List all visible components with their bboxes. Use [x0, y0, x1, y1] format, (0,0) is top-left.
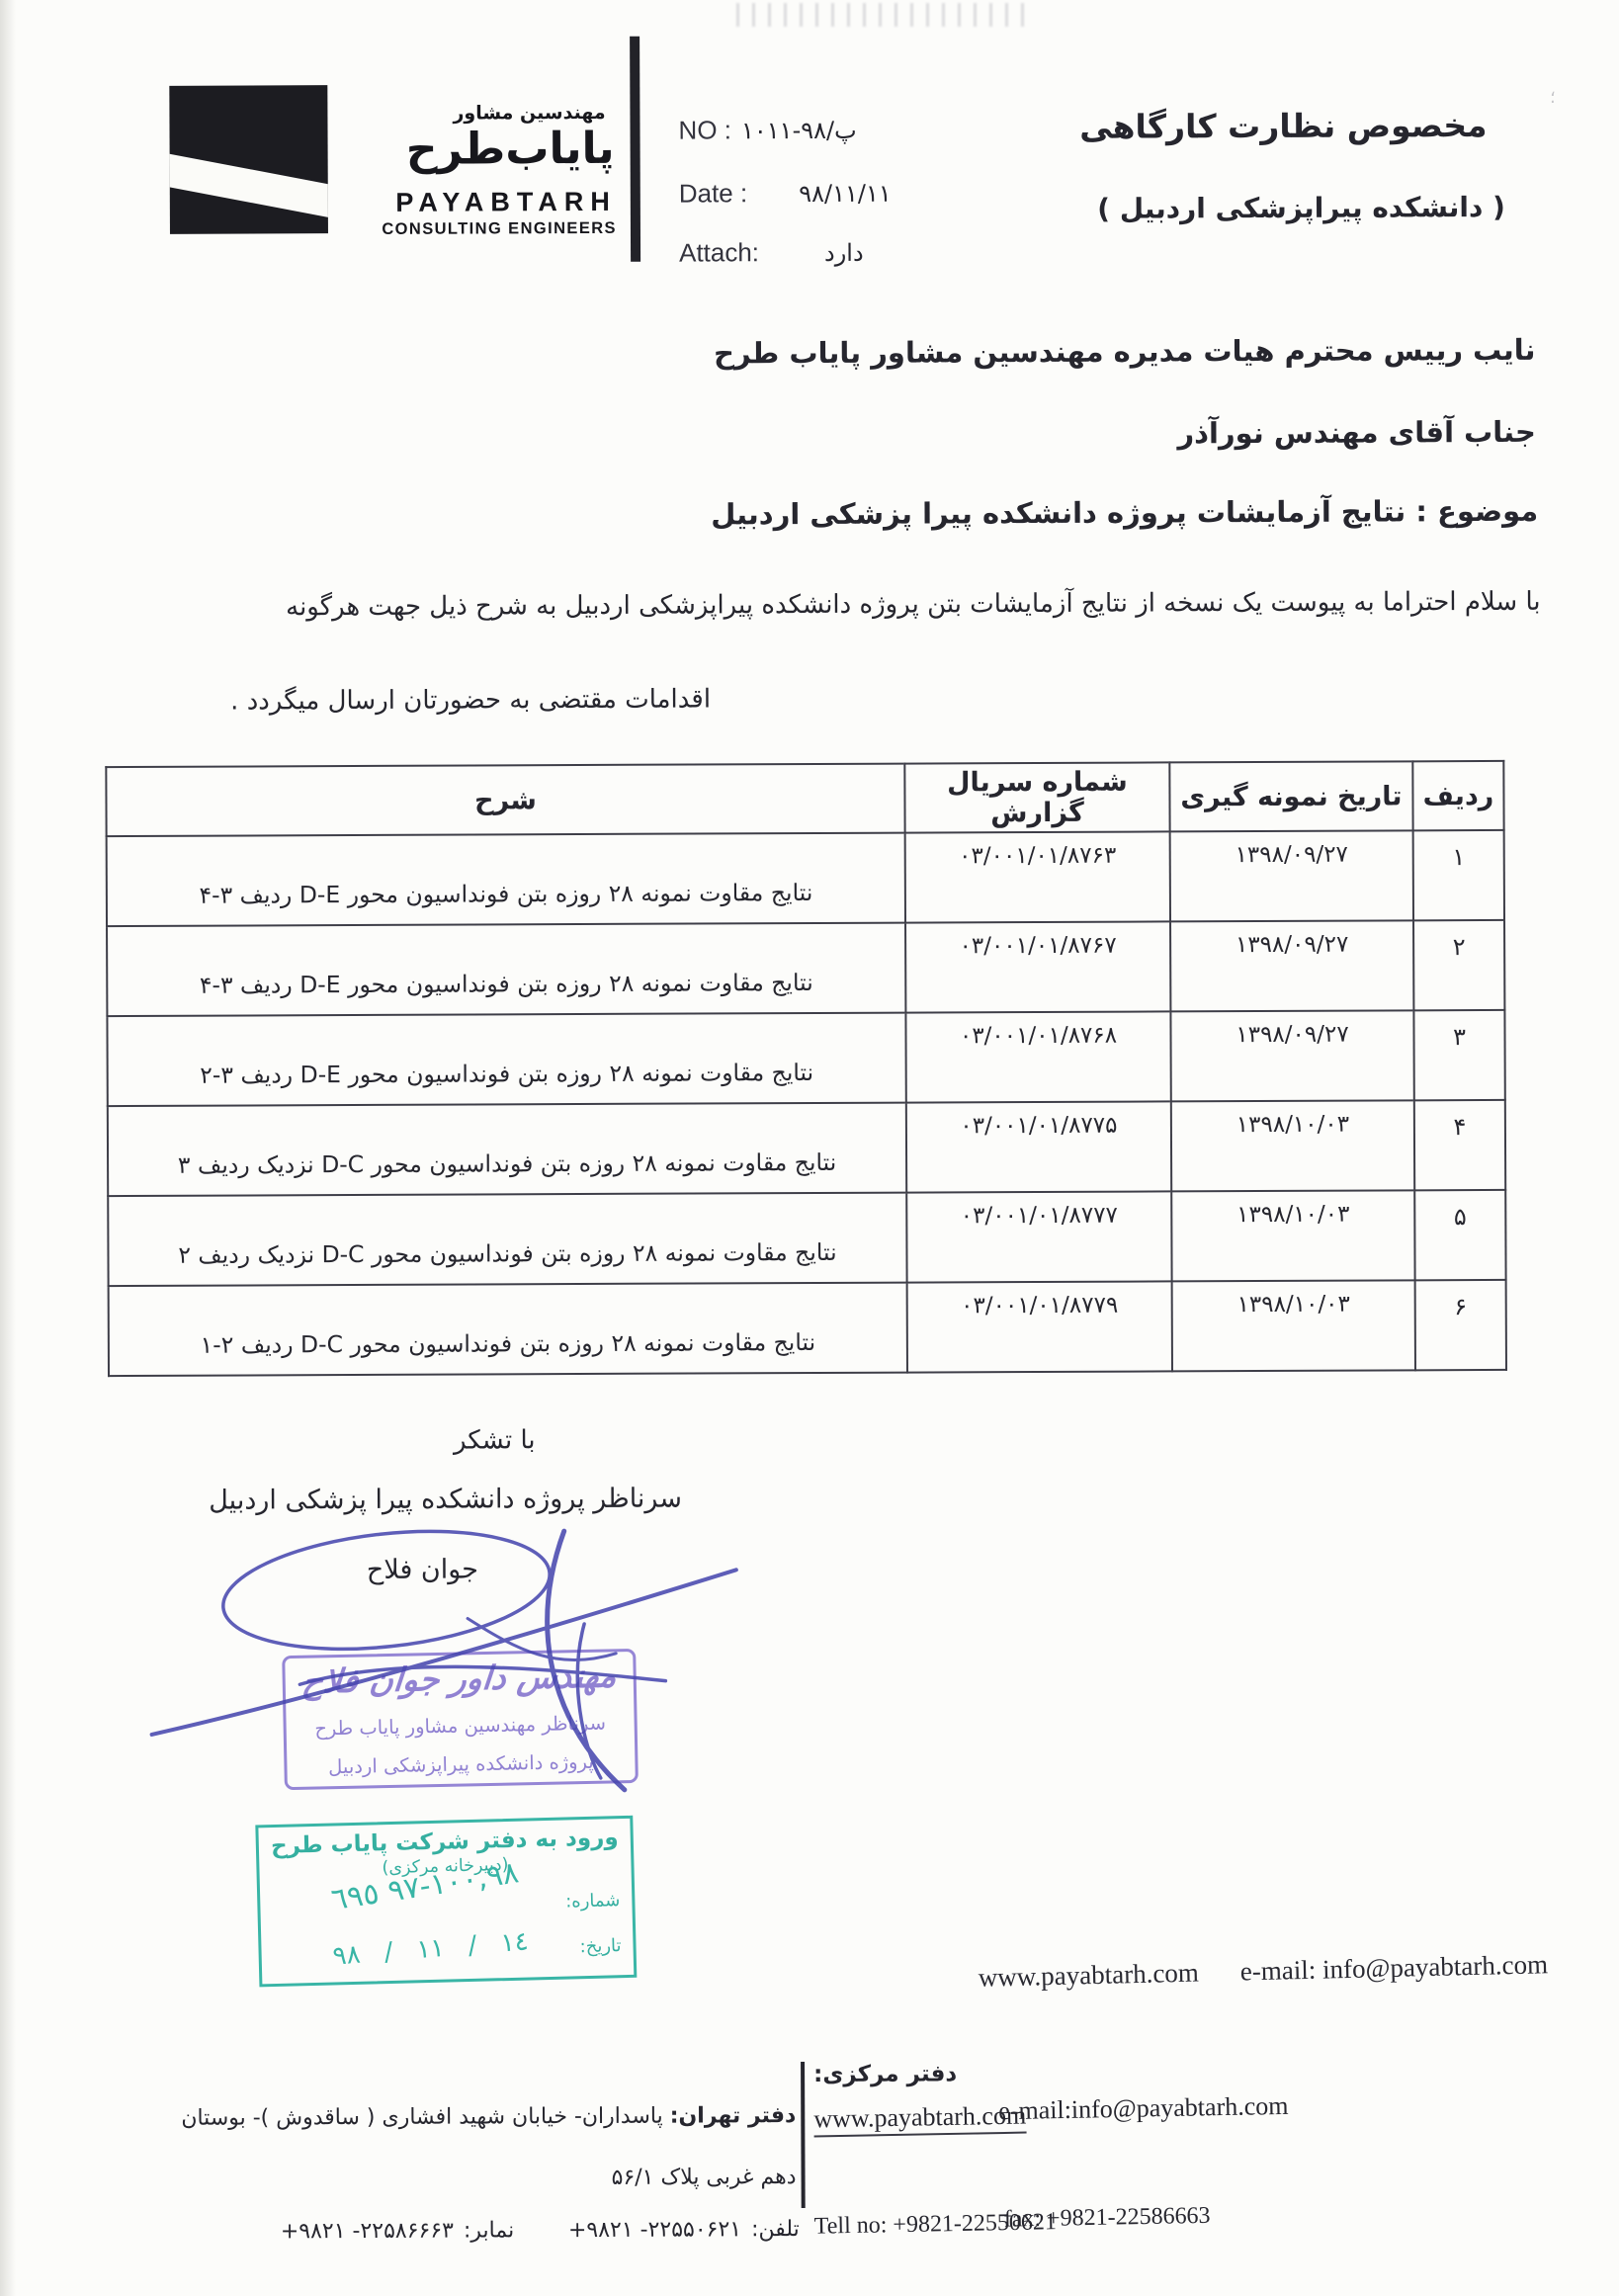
cell-sample-date: ۱۳۹۸/۱۰/۰۳ — [1172, 1280, 1415, 1371]
no-label: NO : — [678, 115, 731, 145]
cell-description: نتایج مقاوت نمونه ۲۸ روزه بتن فونداسیون … — [107, 833, 905, 927]
footer-fax-en: fax: +9821-22586663 — [1004, 2203, 1211, 2234]
table-row: ۴ ۱۳۹۸/۱۰/۰۳ ۰۳/۰۰۱/۰۱/۸۷۷۵ نتایج مقاوت … — [108, 1100, 1505, 1196]
subject-line: موضوع : نتایج آزمایشات پروژه دانشکده پیر… — [711, 494, 1538, 532]
letter-number-row: NO : پ/۹۸-۱۰۱۱ — [678, 115, 856, 146]
website-text: www.payabtarh.com — [978, 1958, 1199, 1994]
tehran-office-label: دفتر تهران: — [670, 2103, 797, 2129]
cell-description: نتایج مقاوت نمونه ۲۸ روزه بتن فونداسیون … — [108, 1193, 906, 1287]
table-row: ۱ ۱۳۹۸/۰۹/۲۷ ۰۳/۰۰۱/۰۱/۸۷۶۳ نتایج مقاوت … — [107, 830, 1504, 926]
table-header-row: ردیف تاریخ نمونه گیری شماره سریال گزارش … — [106, 761, 1503, 836]
logo-en-subtitle: CONSULTING ENGINEERS — [345, 219, 617, 239]
cell-description: نتایج مقاوت نمونه ۲۸ روزه بتن فونداسیون … — [107, 923, 905, 1017]
body-line-1: با سلام احتراما به پیوست یک نسخه از نتای… — [286, 587, 1541, 623]
closing-supervisor-title: سرناظر پروژه دانشکده پیرا پزشکی اردبیل — [168, 1483, 722, 1515]
footer-central-office-label: دفتر مرکزی: — [813, 2061, 957, 2087]
footer-divider-bar — [801, 2062, 806, 2208]
cell-sample-date: ۱۳۹۸/۰۹/۲۷ — [1170, 1010, 1413, 1101]
table-row: ۲ ۱۳۹۸/۰۹/۲۷ ۰۳/۰۰۱/۰۱/۸۷۶۷ نتایج مقاوت … — [107, 920, 1504, 1016]
cell-row-number: ۵ — [1414, 1190, 1505, 1280]
col-header-report-serial: شماره سریال گزارش — [904, 762, 1169, 832]
cell-sample-date: ۱۳۹۸/۰۹/۲۷ — [1170, 920, 1413, 1011]
col-header-description: شرح — [106, 764, 904, 837]
logo-fa-tagline: مهندسین مشاور — [453, 102, 614, 125]
fax-value: +۹۸۲۱ -۲۲۵۸۶۶۶۳ — [281, 2219, 454, 2245]
cell-report-serial: ۰۳/۰۰۱/۰۱/۸۷۷۷ — [906, 1191, 1171, 1282]
addressee-line-2: جناب آقای مهندس نورآذر — [1177, 415, 1536, 451]
addressee-line-1: نایب رییس محترم هیات مدیره مهندسین مشاور… — [714, 333, 1536, 371]
stamp-title-line: سرناظر مهندسین مشاور پایاب طرح — [292, 1711, 628, 1741]
cell-row-number: ۶ — [1415, 1280, 1506, 1370]
tehran-office-address: پاسداران- خیابان شهید افشاری ( ساقدوش )-… — [181, 2104, 669, 2131]
footer-tehran-address: دفتر تهران: پاسداران- خیابان شهید افشاری… — [168, 2103, 796, 2131]
logo-en-name: PAYABTARH — [345, 187, 617, 218]
company-logo-icon — [169, 85, 328, 234]
entry-stamp-date-handwritten: ١٤ / ١١ / ٩٨ — [287, 1923, 574, 1975]
cell-description: نتایج مقاوت نمونه ۲۸ روزه بتن فونداسیون … — [107, 1013, 905, 1107]
office-entry-stamp: ورود به دفتر شرکت پایاب طرح (دبیرخانه مر… — [255, 1816, 637, 1988]
letter-category-title: مخصوص نظارت کارگاهی — [1079, 106, 1487, 146]
cell-description: نتایج مقاوت نمونه ۲۸ روزه بتن فونداسیون … — [109, 1283, 907, 1377]
table-row: ۵ ۱۳۹۸/۱۰/۰۳ ۰۳/۰۰۱/۰۱/۸۷۷۷ نتایج مقاوت … — [108, 1190, 1505, 1286]
footer-website-link: www.payabtarh.com — [813, 2101, 1026, 2138]
footer-fax-item: نمابر: +۹۸۲۱ -۲۲۵۸۶۶۶۳ — [281, 2218, 514, 2244]
cell-report-serial: ۰۳/۰۰۱/۰۱/۸۷۶۸ — [905, 1011, 1170, 1102]
cell-report-serial: ۰۳/۰۰۱/۰۱/۸۷۷۹ — [907, 1281, 1172, 1372]
table-row: ۳ ۱۳۹۸/۰۹/۲۷ ۰۳/۰۰۱/۰۱/۸۷۶۸ نتایج مقاوت … — [107, 1010, 1504, 1106]
cell-sample-date: ۱۳۹۸/۰۹/۲۷ — [1170, 830, 1413, 921]
cell-report-serial: ۰۳/۰۰۱/۰۱/۸۷۶۷ — [905, 921, 1170, 1012]
cell-row-number: ۴ — [1414, 1100, 1505, 1190]
contact-line: www.payabtarh.com e-mail: info@payabtarh… — [978, 1947, 1619, 1994]
letter-date-row: Date : ۹۸/۱۱/۱۱ — [679, 178, 892, 210]
logo-fa-name: پایاب‌طرح — [411, 124, 614, 177]
letter-project-title: ( دانشکده پیراپزشکی اردبیل ) — [1097, 191, 1505, 225]
col-header-row-number: ردیف — [1412, 761, 1503, 830]
date-label: Date : — [679, 178, 748, 209]
email-text: e-mail: info@payabtarh.com — [1239, 1949, 1548, 1987]
body-line-2: اقدامات مقتضی به حضورتان ارسال میگردد . — [172, 684, 711, 716]
closing-signer-name: جوان فلاح — [341, 1554, 504, 1585]
letterhead-divider-bar — [630, 37, 640, 262]
footer-phone-line: تلفن: +۹۸۲۱ -۲۲۵۵۰۶۲۱ نمابر: +۹۸۲۱ -۲۲۵۸… — [281, 2217, 800, 2244]
stamp-calligraphy-name: مهندس داور جوان فلاح — [290, 1656, 629, 1701]
cell-description: نتایج مقاوت نمونه ۲۸ روزه بتن فونداسیون … — [108, 1103, 906, 1197]
letter-attach-row: Attach: دارد — [679, 237, 864, 269]
cell-report-serial: ۰۳/۰۰۱/۰۱/۸۷۷۵ — [906, 1101, 1171, 1192]
footer-address-line-2: دهم غربی پلاک ۵۶/۱ — [559, 2165, 797, 2190]
letter-content: مهندسین مشاور پایاب‌طرح PAYABTARH CONSUL… — [0, 0, 1619, 2296]
footer-phone-item: تلفن: +۹۸۲۱ -۲۲۵۵۰۶۲۱ — [568, 2217, 800, 2243]
table-row: ۶ ۱۳۹۸/۱۰/۰۳ ۰۳/۰۰۱/۰۱/۸۷۷۹ نتایج مقاوت … — [109, 1280, 1506, 1376]
cell-report-serial: ۰۳/۰۰۱/۰۱/۸۷۶۳ — [905, 831, 1170, 922]
test-results-table: ردیف تاریخ نمونه گیری شماره سریال گزارش … — [105, 760, 1507, 1377]
stamp-project-line: پروژه دانشکده پیراپزشکی اردبیل — [293, 1749, 629, 1779]
cell-sample-date: ۱۳۹۸/۱۰/۰۳ — [1171, 1100, 1414, 1191]
fax-label: نمابر: — [464, 2218, 514, 2243]
supervisor-stamp: مهندس داور جوان فلاح سرناظر مهندسین مشاو… — [282, 1649, 639, 1790]
footer-email-text: e-mail:info@payabtarh.com — [998, 2091, 1289, 2126]
logo-stripe — [169, 148, 328, 224]
scanned-letter-page: ؛ مهندسین مشاور پایاب‌طرح PAYABTARH CONS… — [0, 0, 1619, 2296]
date-value: ۹۸/۱۱/۱۱ — [799, 180, 892, 208]
no-value: پ/۹۸-۱۰۱۱ — [741, 117, 857, 145]
attach-label: Attach: — [679, 237, 759, 268]
cell-row-number: ۱ — [1413, 830, 1504, 920]
entry-stamp-number-label: شماره: — [565, 1890, 621, 1912]
closing-thanks: با تشکر — [425, 1425, 563, 1456]
entry-stamp-date-label: تاریخ: — [579, 1935, 621, 1957]
phone-label: تلفن: — [751, 2217, 800, 2242]
phone-value: +۹۸۲۱ -۲۲۵۵۰۶۲۱ — [568, 2217, 741, 2243]
cell-row-number: ۳ — [1413, 1010, 1504, 1100]
cell-row-number: ۲ — [1413, 920, 1504, 1010]
cell-sample-date: ۱۳۹۸/۱۰/۰۳ — [1171, 1190, 1414, 1281]
col-header-sample-date: تاریخ نمونه گیری — [1169, 761, 1412, 831]
attach-value: دارد — [824, 239, 864, 267]
